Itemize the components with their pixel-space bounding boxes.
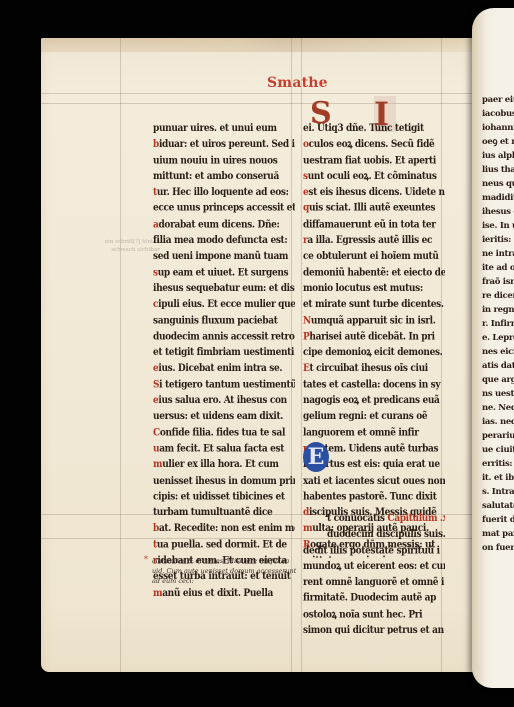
text-line: on fuerit digna: (482, 541, 514, 553)
text-line: iacobus zebe (482, 107, 514, 121)
footnote-line: uid. Cum aute uenisset domum accesserunt (152, 566, 302, 576)
rubricated-capital: E (303, 363, 310, 374)
rubricated-capital: m (153, 460, 162, 471)
text-line: xati et iacentes sicut oues non (303, 473, 445, 489)
text-line: oeꝯ et matthe (482, 135, 514, 149)
text-line: est eis ihesus dicens. Uidete ne (303, 185, 445, 201)
text-line: uium nouiu in uires nouos (153, 153, 295, 169)
text-line: Numquã apparuit sic in isrl. (303, 313, 445, 329)
text-line: nagogis eoꝝ et predicans euã (303, 393, 445, 409)
text-line: turbam tumultuantẽ dice (153, 505, 295, 521)
rubricated-capital: m (153, 588, 162, 599)
text-line: cipe demonioꝝ eicit demones. (303, 345, 445, 361)
text-line: lius thaddeus. (482, 163, 514, 177)
text-line: r. Infirmos cura (482, 317, 514, 331)
text-line: e. Leprosos mun (482, 331, 514, 345)
footnote-mark: * (144, 555, 148, 564)
text-line: habentes pastorẽ. Tunc dixit (303, 489, 445, 505)
rubricated-capital: P (303, 331, 309, 342)
rubricated-capital: r (303, 235, 307, 246)
text-line: rent omnẽ languorẽ et omnẽ i (303, 575, 445, 591)
text-line: Et circuibat ihesus oĩs ciui (303, 361, 445, 377)
text-line: ihesus sequebatur eum: et dis (153, 281, 295, 297)
text-line: filia mea modo defuncta est: (153, 233, 295, 249)
right-text-column: ei. Utiq3 dñe. Tunc tetigitoculos eoꝝ di… (303, 121, 445, 558)
text-line: ns uestris: non (482, 387, 514, 401)
rubricated-capital: C (153, 427, 160, 438)
footnote-line: ad eum ceci: (152, 576, 302, 586)
text-line: ius alphe (482, 149, 514, 163)
footnote-line: clamantes & dicentes. Miserere nri fili … (152, 556, 302, 566)
text-line: demoniũ habentẽ: et eiecto de (303, 265, 445, 281)
ruling-line (41, 103, 475, 104)
footnote: clamantes & dicentes. Miserere nri fili … (152, 556, 302, 586)
rubricated-capital: o (303, 139, 309, 150)
blue-initial-e: E (303, 442, 329, 472)
right-text-column-chapter: t conuocatis Capitulum .x.duodecim disci… (303, 511, 445, 634)
rubricated-capital: t (153, 187, 157, 198)
text-line: simon qui dicitur petrus et an (303, 623, 445, 634)
rubricated-capital: S (153, 379, 159, 390)
text-line: sup eam et uiuet. Et surgens (153, 265, 295, 281)
text-line: punuar uires. et unui eum (153, 121, 295, 137)
text-line: ise. In uiam (482, 219, 514, 233)
rubricated-capital: s (303, 171, 308, 182)
rubricated-capital: u (153, 443, 159, 454)
text-line: firmitatẽ. Duodecim autẽ ap (303, 591, 445, 607)
text-line: salutate eam (482, 499, 514, 513)
text-line: duodecim discipulis suis. (303, 527, 445, 543)
ruling-line (120, 38, 121, 672)
margin-note: ein schrift[?] hinten schwach sichtbar (102, 238, 160, 254)
text-line: et tetigit fimbriam uestimenti (153, 345, 295, 361)
text-line: adorabat eum dicens. Dñe: (153, 217, 295, 233)
text-line: mittunt: et ambo conseruă (153, 169, 295, 185)
text-line: manũ eius et dixit. Puella (153, 585, 295, 601)
text-line: gelium regni: et curans oẽ (303, 409, 445, 425)
text-line: t conuocatis Capitulum .x. (303, 511, 445, 527)
text-line: re dicentes: (482, 289, 514, 303)
text-line: tates et castella: docens in sy (303, 377, 445, 393)
text-line: quis sciat. Illi autẽ exeuntes (303, 201, 445, 217)
text-line: fuerit domus (482, 513, 514, 527)
text-line: Pharisei autẽ dicebãt. In pri (303, 329, 445, 345)
rubricated-capital: e (153, 395, 158, 406)
text-line: madidit eum. (482, 191, 514, 205)
text-line: ieritis: et in ci (482, 233, 514, 247)
chapter-heading: Capitulum .x. (385, 513, 445, 524)
text-line: ecce unus princeps accessit et (153, 201, 295, 217)
running-head: Smathe (267, 75, 328, 91)
manuscript-leaf: Smathe ein schrift[?] hinten schwach sic… (41, 38, 475, 672)
text-line: diffamauerunt eũ in tota ter (303, 217, 445, 233)
text-line: ostoloꝝ noĩa sunt hec. Pri (303, 607, 445, 623)
text-line: ra illa. Egressis autẽ illis ec (303, 233, 445, 249)
text-line: ne intraueri (482, 247, 514, 261)
text-line: ite ad oues (482, 261, 514, 275)
text-line: uenisset ihesus in domum prin (153, 473, 295, 489)
text-line: mundoꝝ ut eicerent eos: et cura (303, 559, 445, 575)
text-line: dedit illis potestatẽ spirituũ i (303, 543, 445, 559)
text-line: ei. Utiq3 dñe. Tunc tetigit (303, 121, 445, 137)
text-line: uam fecit. Et salua facta est (153, 441, 295, 457)
text-line: Si tetigero tantum uestimentũ (153, 377, 295, 393)
text-line: nes eicite. Gra (482, 345, 514, 359)
rubricated-capital: c (153, 299, 158, 310)
text-line: cipuli eius. Et ecce mulier que (153, 297, 295, 313)
text-line: fraõ israel. (482, 275, 514, 289)
text-line: paer eius: (482, 93, 514, 107)
text-line: perarius cibo (482, 429, 514, 443)
text-line: erritis: inter (482, 457, 514, 471)
text-line: sanguinis fluxum paciebat (153, 313, 295, 329)
text-line: duodecim annis accessit retro: (153, 329, 295, 345)
ruling-line (41, 93, 475, 94)
rubricated-capital: s (153, 267, 158, 278)
text-line: ce obtulerunt ei hoĩem mutũ (303, 249, 445, 265)
text-line: sed ueni impone manũ tuam (153, 249, 295, 265)
text-line: s. Intrantes (482, 485, 514, 499)
rubricated-capital: e (303, 187, 308, 198)
text-line: que argentum (482, 373, 514, 387)
text-line: it. et ibi ma (482, 471, 514, 485)
text-line: surge. Et surrexit puella: et (153, 601, 295, 602)
text-line: uestram fiat uobis. Et aperti (303, 153, 445, 169)
rubricated-capital: t (153, 540, 157, 551)
text-line: mat pax uestra (482, 527, 514, 541)
next-leaf-curl: paer eius:iacobus zebeiohannisoeꝯ et mat… (472, 8, 514, 688)
text-line: cipis: et uidisset tibicines et (153, 489, 295, 505)
text-line: et mirate sunt turbe dicentes. (303, 297, 445, 313)
text-line: neus qui et (482, 177, 514, 191)
rubricated-capital: b (153, 139, 159, 150)
text-line: ue ciuitatem (482, 443, 514, 457)
text-line: languorem et omnẽ infir (303, 425, 445, 441)
rubricated-capital: a (153, 219, 158, 230)
rubricated-capital: N (303, 315, 311, 326)
text-line: ias. neq3 uirgã (482, 415, 514, 429)
rubricated-capital: b (153, 524, 159, 535)
text-line: Confide filia. fides tua te sal (153, 425, 295, 441)
text-line: uersus: et uidens eam dixit. (153, 409, 295, 425)
text-line: in regnum celo (482, 303, 514, 317)
next-leaf-text: paer eius:iacobus zebeiohannisoeꝯ et mat… (482, 93, 514, 553)
text-line: eius. Dicebat enim intra se. (153, 361, 295, 377)
left-text-column: punuar uires. et unui eumbiduar: et uiro… (153, 121, 295, 603)
rubricated-capital: q (303, 203, 309, 214)
text-line: mulier ex illa hora. Et cum (153, 457, 295, 473)
rubricated-capital: e (153, 363, 158, 374)
text-line: monio locutus est mutus: (303, 281, 445, 297)
text-line: bat. Recedite: non est enim mor (153, 521, 295, 537)
text-line: tua puella. sed dormit. Et de (153, 537, 295, 553)
text-line: tur. Hec illo loquente ad eos: (153, 185, 295, 201)
text-line: atis date. No (482, 359, 514, 373)
text-line: iohannis (482, 121, 514, 135)
text-line: eius salua ero. At ihesus con (153, 393, 295, 409)
text-line: sunt oculi eoꝝ. Et cõminatus (303, 169, 445, 185)
text-line: oculos eoꝝ dicens. Secũ fidẽ (303, 137, 445, 153)
text-line: biduar: et uiros pereunt. Sed in (153, 137, 295, 153)
text-line: ihesus et dicens (482, 205, 514, 219)
text-line: ne. Neq3 duas (482, 401, 514, 415)
